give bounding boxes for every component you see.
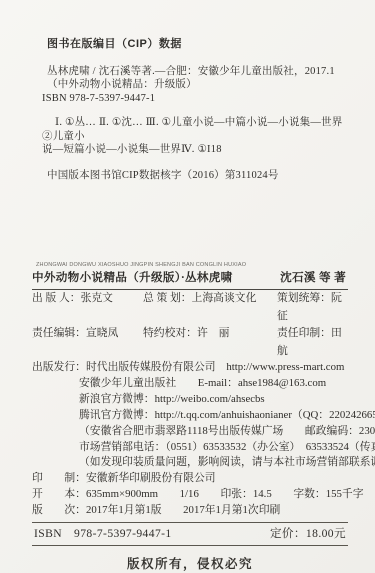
series-title: 中外动物小说精品（升级版）·丛林虎啸 [32, 271, 233, 285]
printer-label: 印 制： [32, 472, 86, 484]
format-row: 开 本：635mm×900mm 1/16 印张：14.5 字数：155千字 [32, 487, 348, 503]
edition-value: 2017年1月第1版 2017年1月第1次印刷 [86, 504, 280, 516]
cip-classification-line-2: 说—短篇小说—小说集—世界Ⅳ. ①I18 [42, 143, 349, 157]
staff-row-2: 责任编辑：宣晓凤 特约校对：许 丽 责任印制：田 航 [32, 325, 348, 360]
publisher-name-url: 时代出版传媒股份有限公司 http://www.press-mart.com [86, 361, 344, 373]
series-pinyin: ZHONGWAI DONGWU XIAOSHUO JINGPIN SHENGJI… [36, 262, 348, 269]
book-copyright-page: 图书在版编目（CIP）数据 丛林虎啸 / 沈石溪等著.—合肥：安徽少年儿童出版社… [0, 0, 375, 573]
publisher-label: 出版发行： [32, 361, 86, 373]
cip-isbn-line: ISBN 978-7-5397-9447-1 [42, 92, 349, 106]
format-value: 635mm×900mm 1/16 印张：14.5 字数：155千字 [86, 488, 364, 500]
tencent-weibo-line: 腾讯官方微博：http://t.qq.com/anhuishaonianer（Q… [79, 408, 348, 424]
chief-planner: 总 策 划：上海高谈文化 [143, 290, 277, 325]
cip-data-block: 图书在版编目（CIP）数据 丛林虎啸 / 沈石溪等著.—合肥：安徽少年儿童出版社… [42, 38, 349, 182]
printer-name: 安徽新华印刷股份有限公司 [86, 472, 216, 484]
sina-weibo-line: 新浪官方微博：http://weibo.com/ahsecbs [79, 392, 348, 408]
cip-registry-number: 中国版本图书馆CIP数据核字（2016）第311024号 [47, 169, 349, 183]
isbn-price-row: ISBN 978-7-5397-9447-1 定价：18.00元 [32, 522, 348, 546]
cip-classification-line-1: Ⅰ. ①丛… Ⅱ. ①沈… Ⅲ. ①儿童小说—中篇小说—小说集—世界②儿童小 [42, 116, 349, 143]
address-postcode-line: （安徽省合肥市翡翠路1118号出版传媒广场 邮政编码：230071） [79, 424, 348, 440]
series-title-row: 中外动物小说精品（升级版）·丛林虎啸 沈石溪 等 著 [32, 271, 348, 290]
planning-coordinator: 策划统筹：阮 征 [277, 290, 348, 325]
copyright-notice: 版权所有，侵权必究 [32, 557, 348, 573]
cip-entry-line-1: 丛林虎啸 / 沈石溪等著.—合肥：安徽少年儿童出版社，2017.1 [42, 65, 349, 79]
edition-label: 版 次： [32, 504, 86, 516]
edition-row: 版 次：2017年1月第1版 2017年1月第1次印刷 [32, 503, 348, 519]
price: 定价：18.00元 [270, 527, 346, 541]
cip-header: 图书在版编目（CIP）数据 [47, 38, 349, 52]
cip-entry-line-2: （中外动物小说精品：升级版） [42, 78, 349, 92]
colophon-block: ZHONGWAI DONGWU XIAOSHUO JINGPIN SHENGJI… [32, 262, 348, 573]
isbn-number: ISBN 978-7-5397-9447-1 [34, 527, 172, 541]
responsible-editor: 责任编辑：宣晓凤 [32, 325, 143, 360]
publisher-line: 出版发行：时代出版传媒股份有限公司 http://www.press-mart.… [32, 360, 348, 376]
publisher-imprint-email: 安徽少年儿童出版社 E-mail：ahse1984@163.com [79, 376, 348, 392]
special-proofreader: 特约校对：许 丽 [143, 325, 277, 360]
format-label: 开 本： [32, 488, 86, 500]
responsible-printer: 责任印制：田 航 [277, 325, 348, 360]
author-credit: 沈石溪 等 著 [280, 271, 346, 285]
quality-notice-line: （如发现印装质量问题，影响阅读，请与本社市场营销部联系调换） [79, 455, 348, 471]
printer-row: 印 制：安徽新华印刷股份有限公司 [32, 471, 348, 487]
marketing-phone-line: 市场营销部电话：（0551）63533532（办公室） 63533524（传真） [79, 440, 348, 456]
staff-row-1: 出 版 人：张克文 总 策 划：上海高谈文化 策划统筹：阮 征 [32, 290, 348, 325]
publisher-person: 出 版 人：张克文 [32, 290, 143, 325]
